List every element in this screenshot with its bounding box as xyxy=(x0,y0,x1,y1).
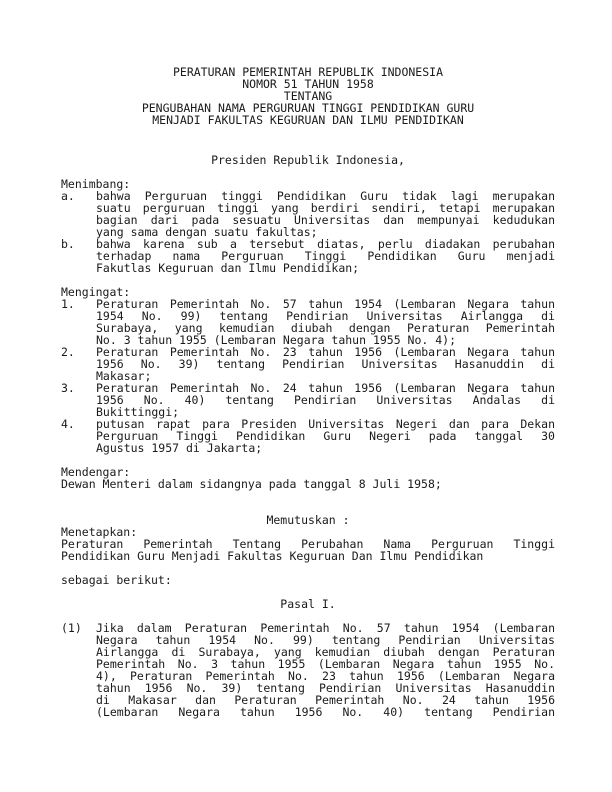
document-body: PERATURAN PEMERINTAH REPUBLIK INDONESIAN… xyxy=(61,0,555,718)
mengingat-item-1-label: 1. xyxy=(61,298,75,310)
mengingat-item-3: 3. Peraturan Pemerintah No. 24 tahun 195… xyxy=(61,382,555,418)
mengingat-item-1: 1. Peraturan Pemerintah No. 57 tahun 195… xyxy=(61,298,555,346)
text-line: Pendidikan Guru Menjadi Fakultas Kegurua… xyxy=(61,550,555,562)
menimbang-item-a-text: bahwa Perguruan tinggi Pendidikan Guru t… xyxy=(96,190,555,238)
salutation: Presiden Republik Indonesia, xyxy=(61,154,555,166)
pasal-heading: Pasal I. xyxy=(61,598,555,610)
menimbang-item-b: b. bahwa karena sub a tersebut diatas, p… xyxy=(61,238,555,274)
mengingat-item-3-label: 3. xyxy=(61,382,75,394)
document-title: PERATURAN PEMERINTAH REPUBLIK INDONESIAN… xyxy=(61,66,555,126)
mengingat-item-2-label: 2. xyxy=(61,346,75,358)
pasal-item-1: (1) Jika dalam Peraturan Pemerintah No. … xyxy=(61,622,555,718)
menetapkan-body: Peraturan Pemerintah Tentang Perubahan N… xyxy=(61,538,555,562)
menimbang-item-a: a. bahwa Perguruan tinggi Pendidikan Gur… xyxy=(61,190,555,238)
mengingat-item-2: 2. Peraturan Pemerintah No. 23 tahun 195… xyxy=(61,346,555,382)
menimbang-item-b-text: bahwa karena sub a tersebut diatas, perl… xyxy=(96,238,555,274)
mengingat-item-4-text: putusan rapat para Presiden Universitas … xyxy=(96,418,555,454)
pasal-item-1-text: Jika dalam Peraturan Pemerintah No. 57 t… xyxy=(96,622,555,718)
title-line: MENJADI FAKULTAS KEGURUAN DAN ILMU PENDI… xyxy=(61,114,555,126)
mengingat-item-4: 4. putusan rapat para Presiden Universit… xyxy=(61,418,555,454)
text-line: 1956 No. 39) tentang Pendirian Universit… xyxy=(96,358,555,370)
menimbang-item-a-label: a. xyxy=(61,190,75,202)
mengingat-item-3-text: Peraturan Pemerintah No. 24 tahun 1956 (… xyxy=(96,382,555,418)
text-line: Agustus 1957 di Jakarta; xyxy=(96,442,555,454)
text-line: Fakutlas Keguruan dan Ilmu Pendidikan; xyxy=(96,262,555,274)
sebagai-berikut-line: sebagai berikut: xyxy=(61,574,555,586)
mengingat-item-2-text: Peraturan Pemerintah No. 23 tahun 1956 (… xyxy=(96,346,555,382)
text-line: (Lembaran Negara tahun 1956 No. 40) tent… xyxy=(96,706,555,718)
pasal-item-1-label: (1) xyxy=(61,622,82,634)
menimbang-item-b-label: b. xyxy=(61,238,75,250)
document-page: PERATURAN PEMERINTAH REPUBLIK INDONESIAN… xyxy=(0,0,612,792)
mendengar-body: Dewan Menteri dalam sidangnya pada tangg… xyxy=(61,478,555,490)
mengingat-item-4-label: 4. xyxy=(61,418,75,430)
text-line: Dewan Menteri dalam sidangnya pada tangg… xyxy=(61,478,555,490)
mengingat-item-1-text: Peraturan Pemerintah No. 57 tahun 1954 (… xyxy=(96,298,555,346)
